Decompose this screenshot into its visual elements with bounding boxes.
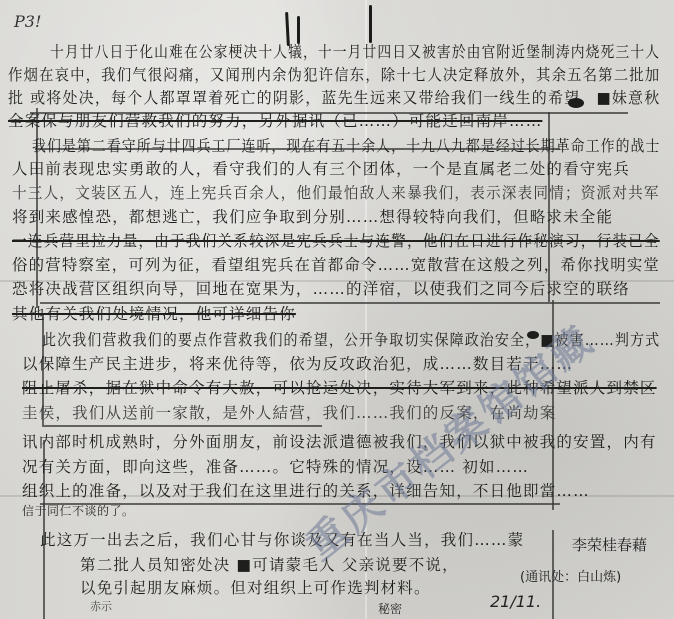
letter-line: 其他有关我们处境情况，他可详细告你 [12, 302, 296, 324]
page-marker: P3! [14, 12, 41, 31]
letter-line: 全案保与朋友们营救我们的努力，另外据讯（已……）可能迁回南岸…… [8, 109, 542, 131]
scanned-document-page: P3! 十月廿八日于化山难在公家梗决十人犠，十一月廿四日又被害於由官附近堡制涛内… [0, 0, 674, 619]
letter-line: 讯内部时机成熟时，分外面朋友，前设法派遣德被我们，我们以狱中被我的安置，内有 [22, 430, 657, 452]
signature-footnote: 赤示 [90, 598, 112, 614]
letter-line: 人田前表现忠实勇敢的人，看守我们的人有三个团体，一个是直属老二处的看守宪兵 [12, 157, 630, 179]
letter-line: 组织上的准备，以及对于我们在这里进行的关系，详细告知，不日他即當…… [22, 479, 590, 501]
signature-name: 李荣桂春藉 [572, 534, 647, 555]
signature-location: (通讯处：白山炼) [520, 566, 621, 585]
closing-line: 此这万一出去之后，我们心甘与你谈及又有在当人当，我们……蒙 [40, 528, 524, 550]
letter-line: 批 或将处决，每个人都罩罩着死亡的阴影，蓝先生远来又带给我们一线生的希望，■妹意… [8, 86, 660, 108]
closing-line: 第二批人员知密处决 ■可请蒙毛人 父亲说要不说， [80, 553, 459, 575]
letter-line: 十月廿八日于化山难在公家梗决十人犠，十一月廿四日又被害於由官附近堡制涛内烧死三十… [50, 40, 660, 62]
letter-line: 将到来感惶恐，都想逃亡，我们应争取到分别……想得较特向我们，但略求未全能 [12, 205, 613, 227]
ink-blot [568, 98, 584, 108]
frame-rule [42, 425, 322, 427]
letter-line: 我们是第二看守所与廿四兵工厂连听，现在有五十余人，十九八九都是经过长期革命工作的… [32, 134, 660, 156]
signature-date: 21/11. [490, 592, 541, 611]
letter-line: 十三人，文装区五人，连上宪兵百余人，他们最怕敌人来暴我们，表示深表同情；资派对共… [12, 181, 660, 203]
letter-line: 一连兵营里拉力量，由于我们关系较深是宪兵兵士与连警，他们在日进行作秘演习，行装已… [12, 229, 660, 251]
signature-secretary: 秘密 [378, 600, 402, 617]
letter-line: 作烟在哀中，我们气很闷痛，又闻刑内余伪犯许信东，除十七人决定释放外，其余五名第二… [8, 63, 660, 85]
letter-line: 信于同仁不谈的了。 [22, 502, 135, 519]
letter-line: 俗的营特察室，可列为征，看望组宪兵在首都命令……宽散营在这般之列，希你找明实堂 [12, 253, 660, 275]
closing-line: 以免引起朋友麻烦。但对组织上可作选判材料。 [80, 576, 431, 598]
tally-mark [369, 5, 372, 43]
letter-line: 恐将决战营区组织向导，回地在宽果为，……的洋宿，以使我们之同今后求空的联络 [12, 277, 630, 299]
